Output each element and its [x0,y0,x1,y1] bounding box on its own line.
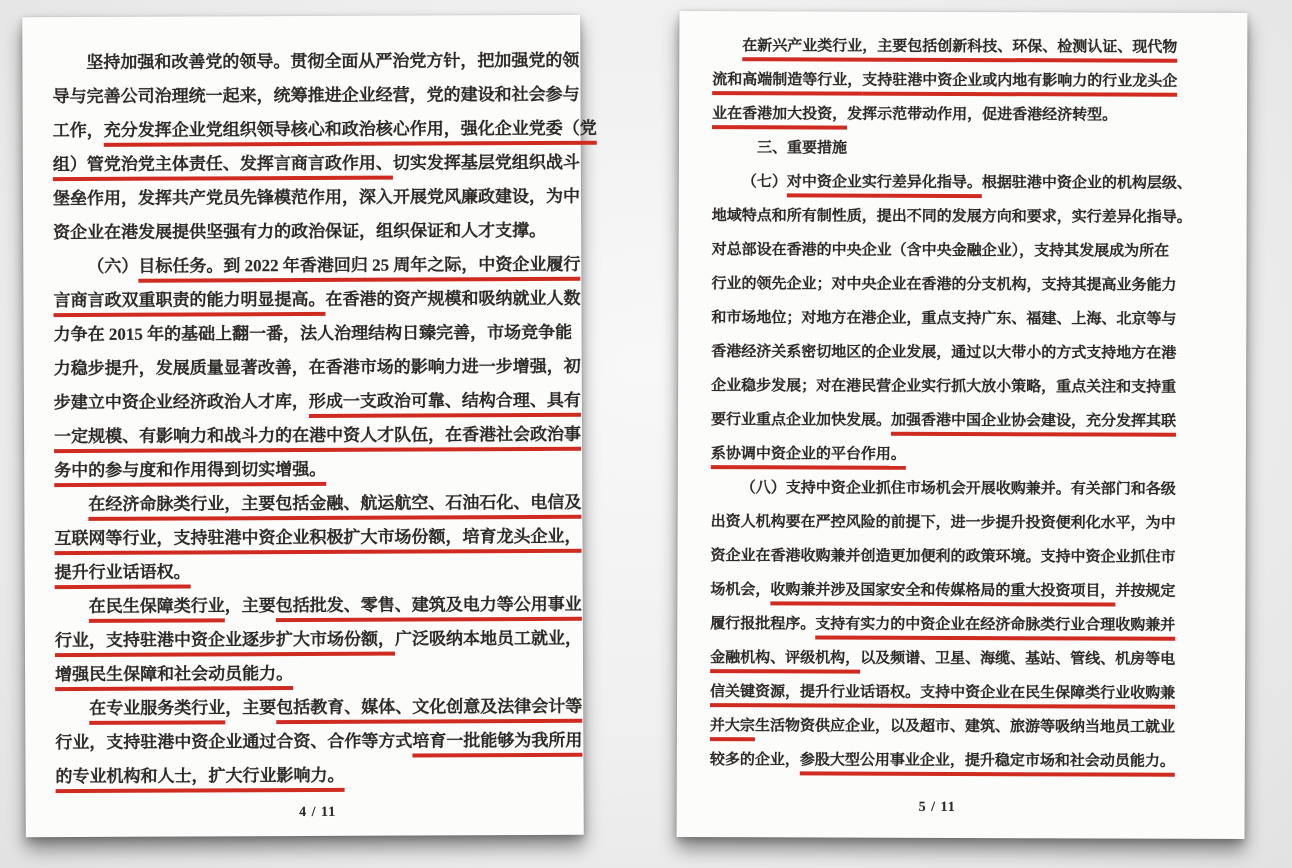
page-4-text-column: 坚持加强和改善党的领导。贯彻全面从严治党方针，把加强党的领导与完善公司治理统一起… [52,44,579,794]
red-underlined-text: 互联网等行业，支持驻港中资企业积极扩大市场份额，培育龙头企业， [54,527,581,555]
text-line: 三、重要措施 [712,131,1167,167]
red-underlined-text: 提升行业话语权。 [55,562,191,589]
red-underlined-text: 流和高端制造等行业， [712,72,862,96]
red-underlined-text: 参股大型公用事业企业，提升稳定市场和社会动员能力。 [800,752,1175,776]
text-segment: 要行业重点企业加快发展。 [711,412,891,429]
text-segment: 以及频谱、卫星、海缆、基站、管线、机房等电 [860,651,1175,668]
text-line: 一定规模、有影响力和战斗力的在港中资人才队伍，在香港社会政治事 [54,418,578,454]
text-segment: （八）支持中资企业抓住市场机会开展收购兼并。有关部门和各级 [741,480,1176,498]
red-underlined-text: 一定规模、有影响力和战斗力的在港中资人才队伍，在香港社会政治事 [54,425,581,453]
text-line: 要行业重点企业加快发展。加强香港中国企业协会建设，充分发挥其联 [711,403,1166,439]
text-segment: 地域特点和所有制性质，提出不同的发展方向和要求，实行差异化指导。 [712,208,1192,226]
text-segment: 发挥示范带动作用，促进香港经济转型。 [847,107,1117,124]
red-underlined-text: 系协调中资企业的平台作用。 [711,446,906,470]
text-line: （八）支持中资企业抓住市场机会开展收购兼并。有关部门和各级 [711,471,1166,507]
red-underlined-text: 行业，支持驻港中资企业逐步扩大市场份额， [55,630,395,657]
text-segment: 步建立中资企业经济政治人才库， [54,392,309,412]
text-segment: 工作， [53,121,104,140]
text-line: 工作，充分发挥企业党组织领导核心和政治核心作用，强化企业党委（党 [53,112,577,148]
text-line: 资企业在香港收购兼并创造更加便利的政策环境。支持中资企业抓住市 [710,539,1165,575]
text-segment: 对总部设在香港的中央企业（含中央金融企业），支持其发展成为所在 [712,242,1170,260]
text-line: 增强民生保障和社会动员能力。 [55,656,579,692]
red-underlined-text: 包括批发、零售、建筑及电力等公用事业 [276,595,582,622]
text-line: 资企业在港发展提供坚强有力的政治保证，组织保证和人才支撑。 [53,214,577,250]
page-4: 坚持加强和改善党的领导。贯彻全面从严治党方针，把加强党的领导与完善公司治理统一起… [22,15,584,837]
red-underlined-text: 支持有实力的中资企业在经济命脉类行业合理收购兼并 [815,616,1175,640]
red-underlined-text: 对中资企业实行差异化指导。 [787,174,982,198]
text-line: 力争在 2015 年的基础上翻一番，法人治理结构日臻完善，市场竞争能 [54,316,578,352]
text-segment: 香港经济关系密切地区的企业发展，通过以大带小的方式支持地方在港 [711,344,1176,362]
text-segment: （六） [87,257,138,276]
text-segment: 堡垒作用，发挥共产党员先锋模范作用，深入开展党风廉政建设，为中 [53,187,580,208]
text-line: 香港经济关系密切地区的企业发展，通过以大带小的方式支持地方在港 [711,335,1166,371]
text-segment: ，主要 [225,698,276,717]
text-segment: 和市场地位；对地方在港企业，重点支持广东、福建、上海、北京等与 [711,310,1176,328]
text-line: 在专业服务类行业，主要包括教育、媒体、文化创意及法律会计等 [55,690,579,726]
text-segment: 资企业在港发展提供坚强有力的政治保证，组织保证和人才支撑。 [53,221,546,242]
text-segment: 并按规定 [1115,584,1175,600]
red-underlined-text: 在专业服务类行业 [89,698,225,725]
text-segment: 企业稳步发展；对在港民营企业实行抓大放小策略，重点关注和支持重 [711,378,1176,396]
red-underlined-text: 金融机构、评级机构， [710,650,860,674]
text-line: 的专业机构和人士，扩大行业影响力。 [55,758,579,794]
text-line: 行业，支持驻港中资企业逐步扩大市场份额，广泛吸纳本地员工就业， [55,622,579,658]
text-segment: 较多的企业， [710,752,800,768]
text-line: 坚持加强和改善党的领导。贯彻全面从严治党方针，把加强党的领 [52,44,576,80]
page-5-text-column: 在新兴产业类行业，主要包括创新科技、环保、检测认证、现代物流和高端制造等行业，支… [710,29,1168,779]
red-underlined-text: 增强民生保障和社会动员能力。 [55,664,293,691]
text-segment: 力稳步提升，发展质量显著改善，在香港市场的影响力进一步增强，初 [54,357,581,378]
text-segment: 力争在 2015 年的基础上翻一番，法人治理结构日臻完善，市场竞争能 [54,323,573,344]
red-underlined-text: 信关键资源，提升行业话语权。 [710,684,920,708]
text-line: 对总部设在香港的中央企业（含中央金融企业），支持其发展成为所在 [712,233,1167,269]
red-underlined-text: 支持驻港中资企业或内地有影响力的行业龙头企 [862,73,1177,97]
text-line: 系协调中资企业的平台作用。 [711,437,1166,473]
document-scan-background: 坚持加强和改善党的领导。贯彻全面从严治党方针，把加强党的领导与完善公司治理统一起… [0,0,1292,868]
red-underlined-text: 支持中资企业在民生保障类行业收购兼 [920,685,1175,709]
text-segment: 行业，支持驻港中资企业通过合资、合作等方式 [55,732,412,753]
red-underlined-text: 业在香港加大投资， [712,106,847,129]
text-line: 在新兴产业类行业，主要包括创新科技、环保、检测认证、现代物 [712,29,1167,65]
text-line: 导与完善公司治理统一起来，统筹推进企业经营，党的建设和社会参与 [52,78,576,114]
page-5: 在新兴产业类行业，主要包括创新科技、环保、检测认证、现代物流和高端制造等行业，支… [677,11,1248,839]
text-line: 互联网等行业，支持驻港中资企业积极扩大市场份额，培育龙头企业， [54,520,578,556]
text-line: 和市场地位；对地方在港企业，重点支持广东、福建、上海、北京等与 [711,301,1166,337]
page-4-page-number: 4 / 11 [56,804,580,822]
text-line: 力稳步提升，发展质量显著改善，在香港市场的影响力进一步增强，初 [54,350,578,386]
red-underlined-text: 包括教育、媒体、文化创意及法律会计等 [276,697,582,724]
text-segment: 广泛吸纳本地员工就业， [395,629,582,649]
text-line: 信关键资源，提升行业话语权。支持中资企业在民生保障类行业收购兼 [710,675,1165,711]
text-line: 提升行业话语权。 [55,554,579,590]
red-underlined-text: 务中的参与度和作用得到切实增强。 [54,460,326,487]
text-segment: （七） [742,174,787,190]
text-line: 在经济命脉类行业，主要包括金融、航运航空、石油石化、电信及 [54,486,578,522]
page-5-page-number: 5 / 11 [710,799,1165,817]
red-underlined-text: 目标任务。到 2022 年香港回归 25 周年之际，中资企业履行 [138,255,580,283]
text-segment: 在香港的资产规模和吸纳就业人数 [325,289,580,309]
text-segment: 出资人机构要在严控风险的前提下，进一步提升投资便利化水平，为中 [711,514,1176,532]
text-line: 步建立中资企业经济政治人才库，形成一支政治可靠、结构合理、具有 [54,384,578,420]
red-underlined-text: 充分发挥企业党组织领导核心和政治核心作用，强化企业党委（党 [104,119,597,147]
red-underlined-text: 收购兼并涉及国家安全和传媒格局的重大投资项目， [770,582,1115,606]
text-segment: 切实发挥基层党组织战斗 [393,153,580,173]
red-underlined-text: 在经济命脉类行业，主要包括金融、航运航空、石油石化、电信及 [88,493,581,521]
text-line: 金融机构、评级机构，以及频谱、卫星、海缆、基站、管线、机房等电 [710,641,1165,677]
text-segment: ，主要 [225,596,276,615]
text-line: 履行报批程序。支持有实力的中资企业在经济命脉类行业合理收购兼并 [710,607,1165,643]
red-underlined-text: 的专业机构和人士，扩大行业影响力。 [55,766,344,793]
text-line: 堡垒作用，发挥共产党员先锋模范作用，深入开展党风廉政建设，为中 [53,180,577,216]
text-line: 在民生保障类行业，主要包括批发、零售、建筑及电力等公用事业 [55,588,579,624]
red-underlined-text: 在新兴产业类行业，主要包括创新科技、环保、检测认证、现代物 [742,38,1177,63]
text-line: 组）管党治党主体责任、发挥言商言政作用、切实发挥基层党组织战斗 [53,146,577,182]
text-line: （六）目标任务。到 2022 年香港回归 25 周年之际，中资企业履行 [53,248,577,284]
red-underlined-text: 加强香港中国企业协会建设，充分发挥其联 [891,413,1176,437]
text-line: 行业，支持驻港中资企业通过合资、合作等方式培育一批能够为我所用 [55,724,579,760]
text-segment: 场机会， [710,582,770,598]
text-line: 企业稳步发展；对在港民营企业实行抓大放小策略，重点关注和支持重 [711,369,1166,405]
text-line: （七）对中资企业实行差异化指导。根据驻港中资企业的机构层级、 [712,165,1167,201]
text-line: 并大宗生活物资供应企业，以及超市、建筑、旅游等吸纳当地员工就业 [710,709,1165,745]
text-segment: 根据驻港中资企业的机构层级、 [982,175,1192,192]
text-segment: 资企业在香港收购兼并创造更加便利的政策环境。支持中资企业抓住市 [711,548,1176,566]
red-underlined-text: 培育一批能够为我所用 [412,731,582,758]
text-line: 较多的企业，参股大型公用事业企业，提升稳定市场和社会动员能力。 [710,743,1165,779]
text-line: 地域特点和所有制性质，提出不同的发展方向和要求，实行差异化指导。 [712,199,1167,235]
text-line: 业在香港加大投资，发挥示范带动作用，促进香港经济转型。 [712,97,1167,133]
text-segment: 行业的领先企业；对中央企业在香港的分支机构，支持其提高业务能力 [711,276,1176,294]
red-underlined-text: 形成一支政治可靠、结构合理、具有 [309,391,581,418]
red-underlined-text: 并大宗 [710,718,755,741]
text-segment: 导与完善公司治理统一起来，统筹推进企业经营，党的建设和社会参与 [53,85,580,106]
text-segment: 坚持加强和改善党的领导。贯彻全面从严治党方针，把加强党的领 [86,51,579,72]
text-line: 行业的领先企业；对中央企业在香港的分支机构，支持其提高业务能力 [711,267,1166,303]
text-line: 务中的参与度和作用得到切实增强。 [54,452,578,488]
red-underlined-text: 在民生保障类行业 [89,596,225,623]
text-line: 流和高端制造等行业，支持驻港中资企业或内地有影响力的行业龙头企 [712,63,1167,99]
text-segment: 生活物资供应企业，以及超市、建筑、旅游等吸纳当地员工就业 [755,718,1175,735]
text-line: 出资人机构要在严控风险的前提下，进一步提升投资便利化水平，为中 [711,505,1166,541]
text-segment: 履行报批程序。 [710,616,815,632]
red-underlined-text: 组）管党治党主体责任、发挥言商言政作用、 [53,154,393,181]
red-underlined-text: 言商言政双重职责的能力明显提高。 [53,290,325,317]
text-line: 言商言政双重职责的能力明显提高。在香港的资产规模和吸纳就业人数 [53,282,577,318]
text-line: 场机会，收购兼并涉及国家安全和传媒格局的重大投资项目，并按规定 [710,573,1165,609]
text-segment: 三、重要措施 [757,140,847,156]
